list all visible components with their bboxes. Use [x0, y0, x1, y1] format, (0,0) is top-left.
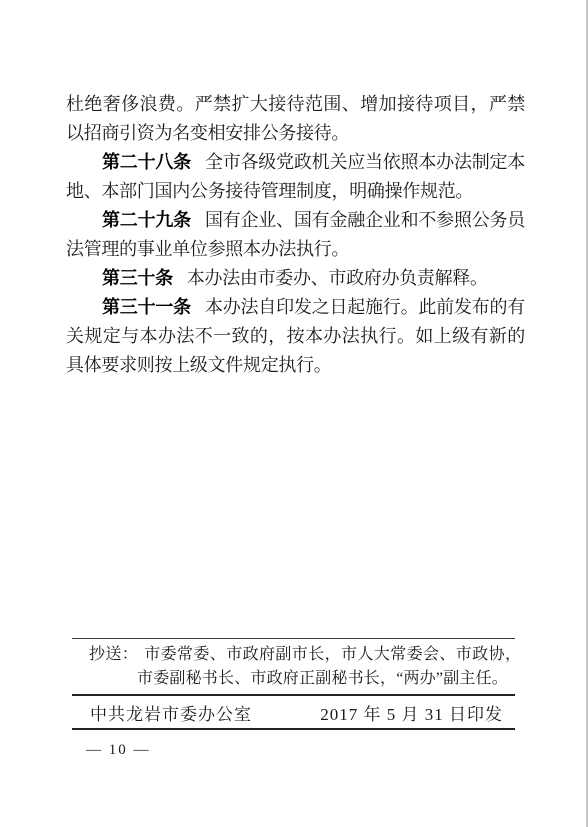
- footer-rule-top: [72, 638, 515, 639]
- issuing-office: 中共龙岩市委办公室: [90, 700, 252, 725]
- document-body: 杜绝奢侈浪费。严禁扩大接待范围、增加接待项目，严禁以招商引资为名变相安排公务接待…: [66, 90, 525, 380]
- paragraph-continuation: 杜绝奢侈浪费。严禁扩大接待范围、增加接待项目，严禁以招商引资为名变相安排公务接待…: [66, 90, 525, 148]
- article-31-number: 第三十一条: [102, 297, 191, 317]
- article-30: 第三十条本办法由市委办、市政府办负责解释。: [66, 264, 525, 293]
- article-30-text: 本办法由市委办、市政府办负责解释。: [187, 268, 488, 288]
- issue-date: 2017 年 5 月 31 日印发: [320, 700, 503, 725]
- issue-row: 中共龙岩市委办公室 2017 年 5 月 31 日印发: [72, 696, 515, 728]
- article-30-number: 第三十条: [102, 268, 173, 288]
- cc-list-line-1: 抄送：市委常委、市政府副市长，市人大常委会、市政协，: [72, 643, 515, 667]
- footer-rule-bottom: [72, 728, 515, 730]
- document-footer: 抄送：市委常委、市政府副市长，市人大常委会、市政协， 市委副秘书长、市政府正副秘…: [72, 638, 515, 730]
- cc-label: 抄送：: [89, 646, 138, 663]
- article-29-number: 第二十九条: [102, 210, 191, 230]
- article-28: 第二十八条全市各级党政机关应当依照本办法制定本地、本部门国内公务接待管理制度，明…: [66, 148, 525, 206]
- article-28-number: 第二十八条: [102, 152, 191, 172]
- article-31: 第三十一条本办法自印发之日起施行。此前发布的有关规定与本办法不一致的，按本办法执…: [66, 293, 525, 380]
- cc-list-line-1-text: 市委常委、市政府副市长，市人大常委会、市政协，: [144, 646, 521, 663]
- cc-list-line-2: 市委副秘书长、市政府正副秘书长，“两办”副主任。: [72, 667, 515, 691]
- document-page: 杜绝奢侈浪费。严禁扩大接待范围、增加接待项目，严禁以招商引资为名变相安排公务接待…: [0, 0, 588, 827]
- article-29: 第二十九条国有企业、国有金融企业和不参照公务员法管理的事业单位参照本办法执行。: [66, 206, 525, 264]
- page-number: — 10 —: [86, 742, 151, 759]
